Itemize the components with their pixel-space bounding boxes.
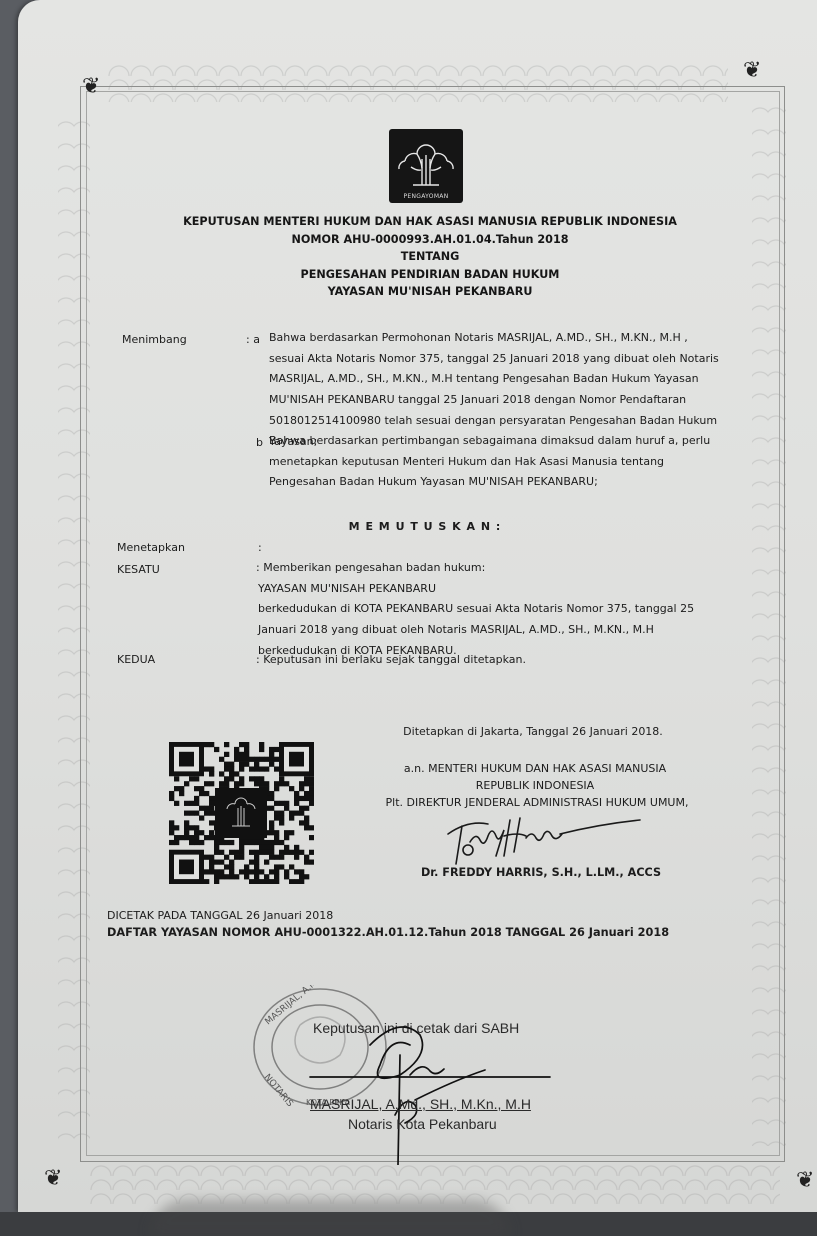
qr-code-icon — [169, 742, 314, 884]
text-line: Pengesahan Badan Hukum Yayasan MU'NISAH … — [269, 472, 737, 493]
text-line: MU'NISAH PEKANBARU tanggal 25 Januari 20… — [269, 390, 735, 411]
menimbang-label: Menimbang — [122, 333, 187, 346]
pengayoman-tree-icon: PENGAYOMAN — [389, 129, 463, 203]
decree-heading: KEPUTUSAN MENTERI HUKUM DAN HAK ASASI MA… — [140, 213, 720, 301]
text-line: Januari 2018 yang dibuat oleh Notaris MA… — [256, 620, 740, 641]
on-behalf-line2: REPUBLIK INDONESIA — [370, 779, 700, 792]
heading-subject: PENGESAHAN PENDIRIAN BADAN HUKUM — [140, 266, 720, 284]
printed-date: DICETAK PADA TANGGAL 26 Januari 2018 — [107, 909, 333, 922]
kedua-text: : Keputusan ini berlaku sejak tanggal di… — [256, 653, 526, 666]
heading-title: KEPUTUSAN MENTERI HUKUM DAN HAK ASASI MA… — [140, 213, 720, 231]
registry-number: DAFTAR YAYASAN NOMOR AHU-0001322.AH.01.1… — [107, 926, 669, 939]
heading-number: NOMOR AHU-0000993.AH.01.04.Tahun 2018 — [140, 231, 720, 249]
on-behalf-line1: a.n. MENTERI HUKUM DAN HAK ASASI MANUSIA — [370, 762, 700, 775]
notary-title: Notaris Kota Pekanbaru — [348, 1116, 698, 1132]
fleuron-ornament-icon: ❦ — [743, 60, 761, 82]
emblem-caption: PENGAYOMAN — [389, 193, 463, 200]
text-line: Bahwa berdasarkan pertimbangan sebagaima… — [269, 431, 737, 452]
memutuskan-heading: M E M U T U S K A N : — [300, 517, 550, 538]
pengayoman-tree-icon — [215, 788, 267, 838]
guilloche-border-bottom — [90, 1162, 780, 1204]
text-line: MASRIJAL, A.MD., SH., M.KN., M.H tentang… — [269, 369, 735, 390]
svg-text:NOTARIS: NOTARIS — [262, 1073, 295, 1110]
kedua-label: KEDUA — [117, 653, 155, 666]
fleuron-ornament-icon: ❦ — [44, 1168, 62, 1190]
text-line: 5018012514100980 telah sesuai dengan per… — [269, 411, 735, 432]
text-line: berkedudukan di KOTA PEKANBARU sesuai Ak… — [256, 599, 740, 620]
text-line: sesuai Akta Notaris Nomor 375, tanggal 2… — [269, 349, 735, 370]
menetapkan-label: Menetapkan — [117, 541, 185, 554]
signatory-name: Dr. FREDDY HARRIS, S.H., L.LM., ACCS — [376, 866, 706, 879]
menimbang-b-text: Bahwa berdasarkan pertimbangan sebagaima… — [269, 431, 737, 493]
heading-tentang: TENTANG — [140, 248, 720, 266]
menetapkan-colon: : — [258, 541, 262, 554]
kesatu-label: KESATU — [117, 563, 160, 576]
fleuron-ornament-icon: ❦ — [82, 76, 100, 98]
notary-name: MASRIJAL, A.Md., SH., M.Kn., M.H — [310, 1096, 660, 1112]
menimbang-b-marker: b — [256, 436, 263, 449]
finger-shadow — [150, 1200, 510, 1236]
text-line: menetapkan keputusan Menteri Hukum dan H… — [269, 452, 737, 473]
text-line: YAYASAN MU'NISAH PEKANBARU — [256, 579, 740, 600]
menimbang-a-marker: : a — [246, 333, 260, 346]
text-line: : Memberikan pengesahan badan hukum: — [256, 558, 740, 579]
fleuron-ornament-icon: ❦ — [796, 1170, 814, 1192]
text-line: Bahwa berdasarkan Permohonan Notaris MAS… — [269, 328, 735, 349]
notary-signature — [300, 1015, 580, 1165]
place-date: Ditetapkan di Jakarta, Tanggal 26 Januar… — [368, 725, 698, 738]
signature-freddy-harris — [440, 806, 660, 866]
heading-foundation-name: YAYASAN MU'NISAH PEKANBARU — [140, 283, 720, 301]
kesatu-text: : Memberikan pengesahan badan hukum: YAY… — [256, 558, 740, 662]
